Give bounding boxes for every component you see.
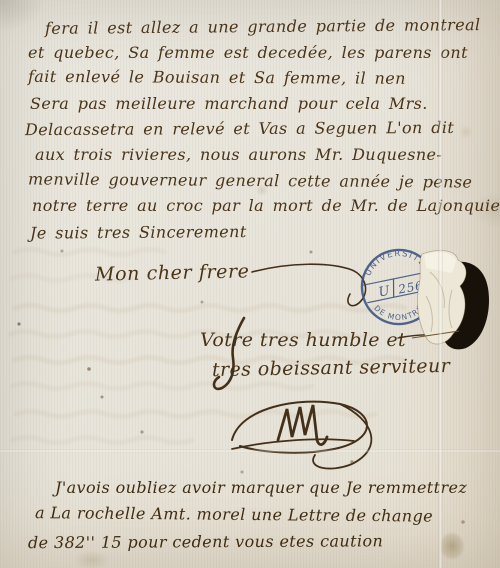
- postscript-line: a La rochelle Amt. morel une Lettre de c…: [35, 499, 467, 530]
- letter-scan: fera il est allez a une grande partie de…: [0, 0, 500, 568]
- signature-flourish: [232, 402, 371, 469]
- votre-swash: [214, 318, 244, 389]
- stamp-divider: [391, 279, 397, 297]
- postscript-line: de 382'' 15 pour cedent vous etes cautio…: [28, 527, 467, 556]
- torn-paper-patch: [412, 246, 500, 376]
- postscript: J'avois oubliez avoir marquer que Je rem…: [55, 474, 467, 555]
- postscript-line: J'avois oubliez avoir marquer que Je rem…: [55, 474, 467, 501]
- frere-flourish: [252, 264, 366, 305]
- stamp-center-letter: U: [377, 284, 391, 301]
